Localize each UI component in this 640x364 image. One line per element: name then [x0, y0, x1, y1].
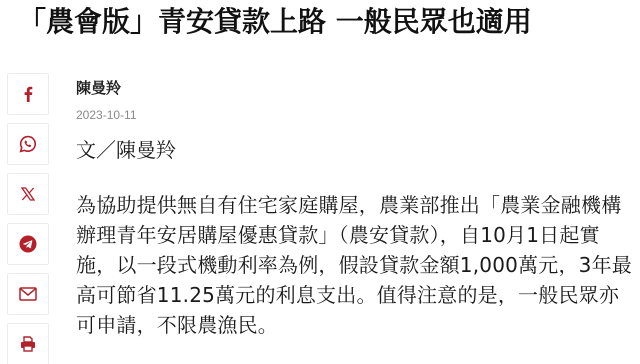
- mail-icon: [19, 287, 37, 301]
- article-byline: 文／陳曼羚: [76, 136, 176, 164]
- facebook-icon: [22, 86, 34, 102]
- share-bar: [7, 73, 49, 364]
- article-paragraph: 為協助提供無自有住宅家庭購屋，農業部推出「農業金融機構辦理青年安居購屋優惠貸款」…: [76, 190, 636, 340]
- share-telegram-button[interactable]: [7, 223, 49, 265]
- article-meta: 陳曼羚 2023-10-11: [76, 78, 137, 122]
- share-facebook-button[interactable]: [7, 73, 49, 115]
- author-name[interactable]: 陳曼羚: [76, 78, 137, 98]
- x-icon: [21, 187, 35, 201]
- share-x-button[interactable]: [7, 173, 49, 215]
- publish-date: 2023-10-11: [76, 108, 137, 122]
- whatsapp-icon: [19, 135, 37, 153]
- share-print-button[interactable]: [7, 323, 49, 364]
- share-whatsapp-button[interactable]: [7, 123, 49, 165]
- printer-icon: [20, 336, 36, 352]
- telegram-icon: [19, 235, 37, 253]
- article-headline: 「農會版」青安貸款上路 一般民眾也適用: [18, 2, 532, 42]
- share-email-button[interactable]: [7, 273, 49, 315]
